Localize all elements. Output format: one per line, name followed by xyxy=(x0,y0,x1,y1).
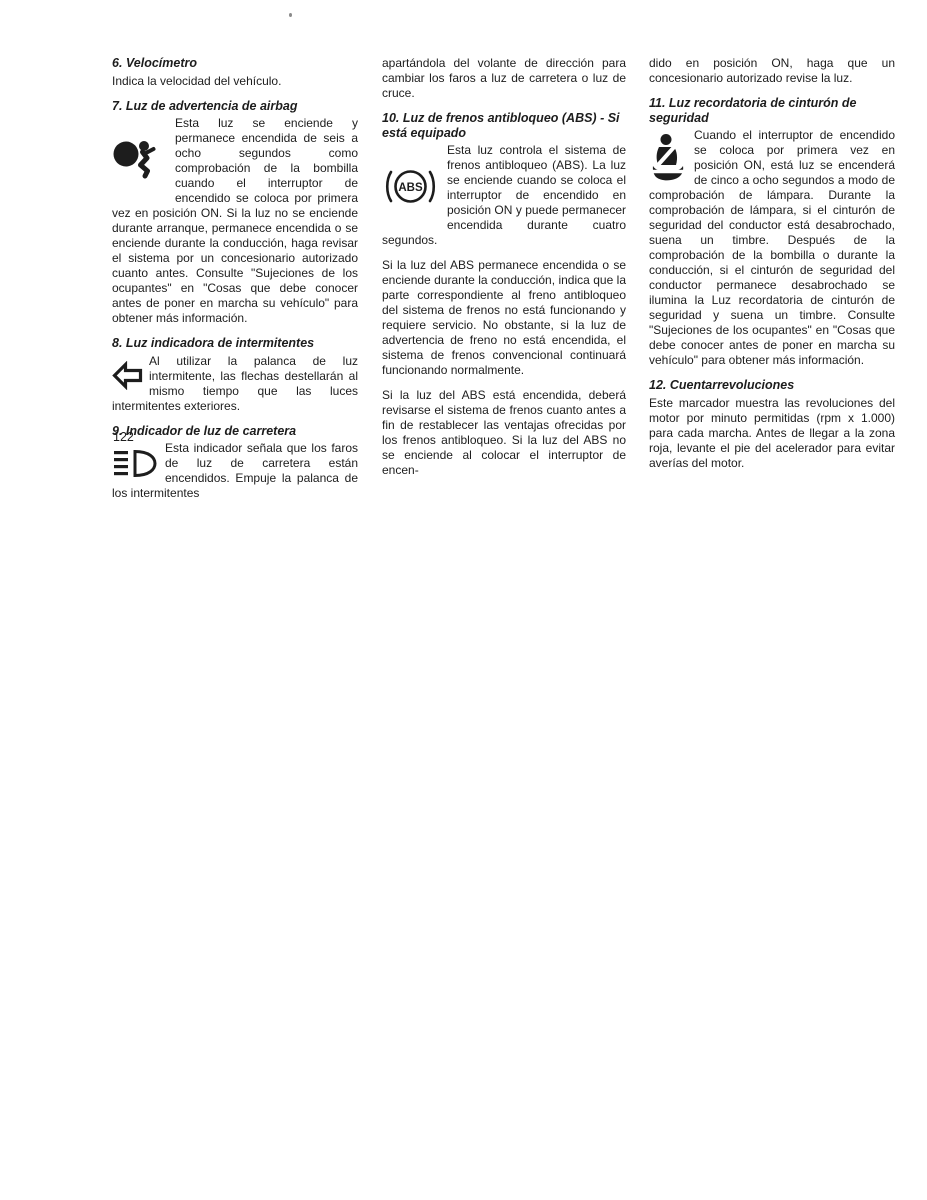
page-number: 122 xyxy=(113,430,134,444)
section-8-body: Al utilizar la palanca de luz intermiten… xyxy=(112,354,358,414)
turn-signal-arrow-icon xyxy=(112,354,149,398)
airbag-warning-icon xyxy=(112,116,175,202)
section-12-heading: 12. Cuentarrevoluciones xyxy=(649,378,895,393)
section-6-body: Indica la velocidad del vehículo. xyxy=(112,74,358,89)
column-right: dido en posición ON, haga que un concesi… xyxy=(649,56,895,471)
column-3-continuation: dido en posición ON, haga que un concesi… xyxy=(649,56,895,86)
section-11-heading: 11. Luz recordatoria de cinturón de segu… xyxy=(649,96,895,125)
high-beam-icon xyxy=(112,441,165,485)
section-10-heading: 10. Luz de frenos antibloqueo (ABS) - Si… xyxy=(382,111,626,140)
section-8-heading: 8. Luz indicadora de intermitentes xyxy=(112,336,358,351)
column-2-continuation: apartándola del volante de dirección par… xyxy=(382,56,626,101)
print-speck xyxy=(289,13,292,17)
section-11-body: Cuando el interruptor de encendido se co… xyxy=(649,128,895,368)
section-12-body: Este marcador muestra las revoluciones d… xyxy=(649,396,895,471)
section-9-heading: 9. Indicador de luz de carretera xyxy=(112,424,358,439)
manual-page: 6. Velocímetro Indica la velocidad del v… xyxy=(0,0,927,1200)
section-7-heading: 7. Luz de advertencia de airbag xyxy=(112,99,358,114)
section-8-text: Al utilizar la palanca de luz intermiten… xyxy=(112,354,358,413)
abs-warning-icon: ABS xyxy=(382,143,447,229)
section-10-paragraph-2: Si la luz del ABS permanece encendida o … xyxy=(382,258,626,378)
section-6-heading: 6. Velocímetro xyxy=(112,56,358,71)
column-left: 6. Velocímetro Indica la velocidad del v… xyxy=(112,56,358,501)
column-middle: apartándola del volante de dirección par… xyxy=(382,56,626,478)
section-10-body: ABS Esta luz controla el sistema de fren… xyxy=(382,143,626,248)
section-7-body: Esta luz se enciende y permanece encendi… xyxy=(112,116,358,326)
section-10-paragraph-3: Si la luz del ABS está encendida, deberá… xyxy=(382,388,626,478)
abs-icon-label: ABS xyxy=(398,182,423,194)
seat-belt-reminder-icon xyxy=(649,128,694,186)
section-9-body: Esta indicador señala que los faros de l… xyxy=(112,441,358,501)
